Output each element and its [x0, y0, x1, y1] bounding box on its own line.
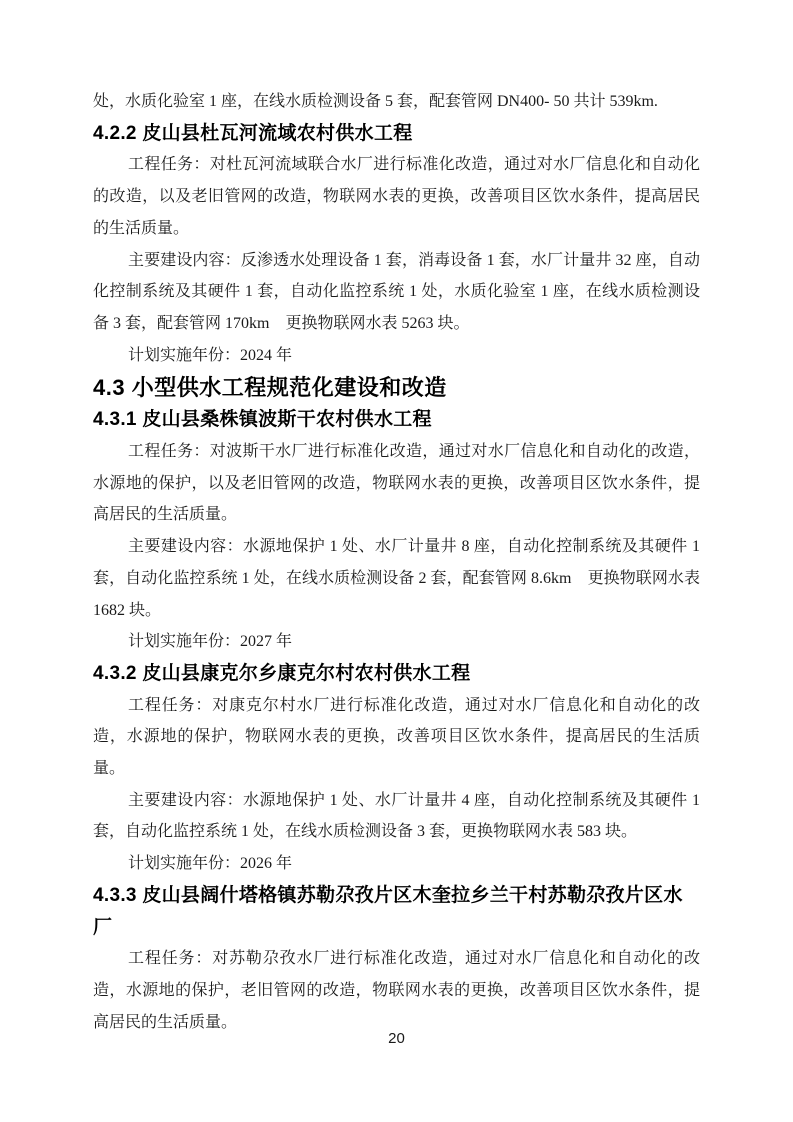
continuation-paragraph: 处，水质化验室 1 座，在线水质检测设备 5 套，配套管网 DN400- 50 … — [93, 86, 700, 118]
content-paragraph-4-2-2: 主要建设内容：反渗透水处理设备 1 套，消毒设备 1 套，水厂计量井 32 座，… — [93, 245, 700, 340]
task-paragraph-4-3-1: 工程任务：对波斯干水厂进行标准化改造，通过对水厂信息化和自动化的改造，水源地的保… — [93, 436, 700, 531]
section-heading-4-2-2: 4.2.2 皮山县杜瓦河流域农村供水工程 — [93, 118, 700, 150]
plan-year-4-2-2: 计划实施年份：2024 年 — [93, 340, 700, 372]
plan-year-4-3-1: 计划实施年份：2027 年 — [93, 626, 700, 658]
task-paragraph-4-2-2: 工程任务：对杜瓦河流域联合水厂进行标准化改造，通过对水厂信息化和自动化的改造，以… — [93, 149, 700, 244]
content-paragraph-4-3-1: 主要建设内容：水源地保护 1 处、水厂计量井 8 座，自动化控制系统及其硬件 1… — [93, 531, 700, 626]
page-number: 20 — [0, 1030, 793, 1047]
section-heading-4-3: 4.3 小型供水工程规范化建设和改造 — [93, 371, 700, 404]
task-paragraph-4-3-2: 工程任务：对康克尔村水厂进行标准化改造，通过对水厂信息化和自动化的改造，水源地的… — [93, 690, 700, 785]
section-heading-4-3-3: 4.3.3 皮山县阔什塔格镇苏勒尕孜片区木奎拉乡兰干村苏勒尕孜片区水厂 — [93, 880, 700, 943]
section-heading-4-3-2: 4.3.2 皮山县康克尔乡康克尔村农村供水工程 — [93, 658, 700, 690]
section-heading-4-3-1: 4.3.1 皮山县桑株镇波斯干农村供水工程 — [93, 404, 700, 436]
task-paragraph-4-3-3: 工程任务：对苏勒尕孜水厂进行标准化改造，通过对水厂信息化和自动化的改造，水源地的… — [93, 943, 700, 1038]
document-page: 处，水质化验室 1 座，在线水质检测设备 5 套，配套管网 DN400- 50 … — [0, 0, 793, 1122]
content-paragraph-4-3-2: 主要建设内容：水源地保护 1 处、水厂计量井 4 座，自动化控制系统及其硬件 1… — [93, 785, 700, 848]
plan-year-4-3-2: 计划实施年份：2026 年 — [93, 848, 700, 880]
